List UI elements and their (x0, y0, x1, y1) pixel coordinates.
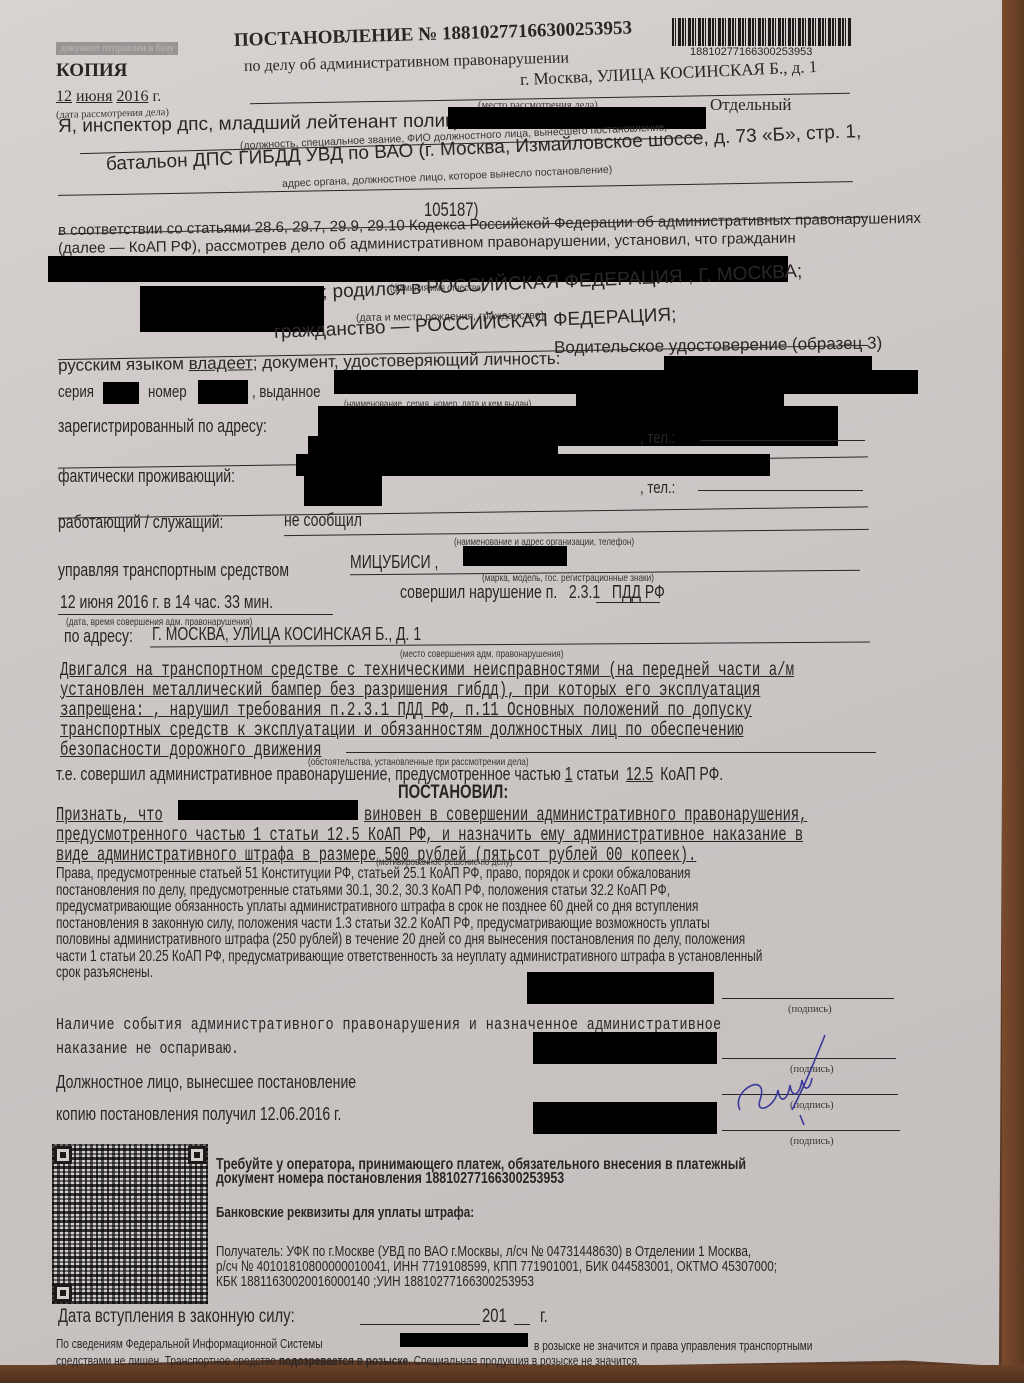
registered-phone-label: , тел.: (640, 428, 675, 448)
summary-prefix: т.е. совершил административное правонару… (56, 764, 561, 784)
handwritten-signature (730, 1030, 840, 1130)
barcode-number: 18810277166300253953 (690, 46, 812, 58)
effective-date-year: 201 (482, 1306, 507, 1328)
rights-explanation: Права, предусмотренные статьей 51 Консти… (56, 866, 1011, 982)
copy-label: КОПИЯ (56, 60, 127, 82)
address-label: по адресу: (64, 626, 133, 647)
date-year: 2016 (116, 88, 148, 105)
violation-description: Двигался на транспортном средстве с техн… (60, 660, 880, 760)
redacted-number (198, 380, 248, 404)
redacted-living-address-2 (304, 476, 382, 506)
living-phone-line (698, 490, 863, 491)
rights-line-6: части 1 статьи 20.25 КоАП РФ, предусматр… (56, 949, 762, 966)
redacted-fis-name (400, 1333, 528, 1347)
effective-date-line (360, 1324, 480, 1325)
decision-line1-prefix: Признать, что (56, 804, 163, 826)
work-value: не сообщил (284, 510, 362, 531)
rule-suffix: ПДД РФ (612, 582, 665, 602)
id-doc-label: ; документ, удостоверяющий личность: (253, 349, 561, 372)
summary-suffix: КоАП РФ. (660, 764, 723, 784)
qr-finder-top-left (54, 1146, 72, 1164)
description-line-2: установлен металлический бампер без разр… (60, 680, 667, 700)
signature-line-4 (722, 1130, 900, 1131)
qr-finder-bottom-left (54, 1284, 72, 1302)
copy-received: копию постановления получил 12.06.2016 г… (56, 1104, 341, 1125)
description-line-3: запрещена: , нарушил требования п.2.3.1 … (60, 700, 667, 720)
fis-line-2: средствами не лишен. Транспортное средст… (56, 1353, 640, 1368)
registered-label: зарегистрированный по адресу: (58, 416, 267, 437)
violation-committed: совершил нарушение п. 2.3.1 ПДД РФ (400, 582, 665, 603)
rights-line-2: постановления по делу, предусмотренные с… (56, 883, 762, 900)
redacted-signature-name-2 (533, 1032, 717, 1064)
committed-label: совершил нарушение п. (400, 582, 557, 602)
issued-label: , выданное (252, 382, 320, 402)
rule-number: 2.3.1 (569, 582, 600, 602)
rights-line-1: Права, предусмотренные статьей 51 Консти… (56, 866, 762, 883)
violation-datetime: 12 июня 2016 г. в 14 час. 33 мин. (60, 592, 273, 613)
recipient-line-1: Получатель: УФК по г.Москве (УВД по ВАО … (216, 1244, 777, 1259)
fis-line-2-suffix: . Специальная продукция в розыске не зна… (408, 1353, 640, 1368)
effective-date-suffix: г. (540, 1306, 548, 1328)
bank-recipient: Получатель: УФК по г.Москве (УВД по ВАО … (216, 1244, 935, 1289)
vehicle-label: управляя транспортным средством (58, 560, 289, 581)
sent-to-database-stamp: документ отправлен в базу (56, 42, 178, 55)
decision-line2: предусмотренного частью 1 статьи 12.5 Ко… (56, 824, 803, 846)
redacted-signature-name-1 (527, 972, 714, 1004)
effective-date-label: Дата вступления в законную силу: (58, 1306, 295, 1328)
official-unit-start: Отдельный (710, 95, 792, 115)
decision-heading: ПОСТАНОВИЛ: (398, 782, 508, 804)
signature-line-1 (722, 998, 894, 999)
payment-notice-line-2: документ номера постановления 1881027716… (216, 1170, 564, 1188)
series-label: серия (58, 382, 94, 402)
violation-address: Г. МОСКВА, УЛИЦА КОСИНСКАЯ Б., Д. 1 (152, 624, 421, 645)
work-label: работающий / служащий: (58, 512, 223, 533)
language-value: владеет (188, 353, 252, 373)
date-month: июня (76, 88, 112, 105)
not-disputed-line-2: наказание не оспариваю. (56, 1040, 239, 1059)
summary-mid: статьи (576, 764, 618, 784)
barcode (672, 18, 852, 46)
rights-line-4: постановления в законную силу, положения… (56, 916, 762, 933)
redacted-living-address (296, 454, 770, 476)
table-surface-right (1002, 0, 1024, 1383)
fis-line-1-prefix: По сведениям Федеральной Информационной … (56, 1336, 323, 1351)
description-line-4: транспортных средств к эксплуатации и об… (60, 720, 667, 740)
date-suffix: г. (152, 88, 161, 105)
fis-line-2-prefix: средствами не лишен. Транспортное средст… (56, 1353, 276, 1368)
vehicle-wanted-status: подозревается в розыске (279, 1353, 408, 1368)
language-label: русским языком (58, 354, 184, 375)
decision-line1-suffix: виновен в совершении административного п… (364, 804, 807, 826)
rule-underline (596, 602, 660, 603)
effective-year-line (514, 1324, 530, 1325)
living-label: фактически проживающий: (58, 466, 235, 487)
summary-article: 12.5 (626, 764, 653, 784)
number-label: номер (148, 382, 187, 402)
living-phone-label: , тел.: (640, 478, 675, 498)
description-line-1: Двигался на транспортном средстве с техн… (60, 660, 667, 680)
redacted-guilty-name (178, 800, 358, 820)
datetime-underline (58, 614, 333, 615)
violation-summary: т.е. совершил административное правонару… (56, 764, 723, 785)
rights-line-5: половины административного штрафа (250 р… (56, 932, 762, 949)
qr-finder-top-right (188, 1146, 206, 1164)
payment-qr-code (52, 1144, 208, 1304)
summary-part: 1 (565, 764, 573, 784)
signature-caption-1: (подпись) (788, 1004, 832, 1015)
recipient-line-3: КБК 18811630020016000140 ;УИН 1881027716… (216, 1274, 777, 1289)
bank-details-heading: Банковские реквизиты для уплаты штрафа: (216, 1204, 474, 1221)
redacted-plate-number (463, 546, 567, 566)
vehicle-value: МИЦУБИСИ , (350, 552, 438, 573)
registered-phone-line (700, 440, 865, 441)
signature-caption-4: (подпись) (790, 1136, 834, 1147)
rights-line-3: предусматривающие обязанность уплаты адм… (56, 899, 762, 916)
redacted-issuer (334, 370, 918, 394)
description-underline (346, 752, 876, 753)
redacted-series (103, 382, 139, 404)
recipient-line-2: р/сч № 40101810800000010041, ИНН 7719108… (216, 1259, 777, 1274)
review-date: 12 июня 2016 г. (56, 88, 161, 106)
redacted-signature-name-3 (533, 1102, 717, 1134)
date-day: 12 (56, 88, 72, 105)
official-signature-label: Должностное лицо, вынесшее постановление (56, 1072, 356, 1093)
fis-line-1-suffix: в розыске не значится и права управления… (534, 1338, 812, 1353)
